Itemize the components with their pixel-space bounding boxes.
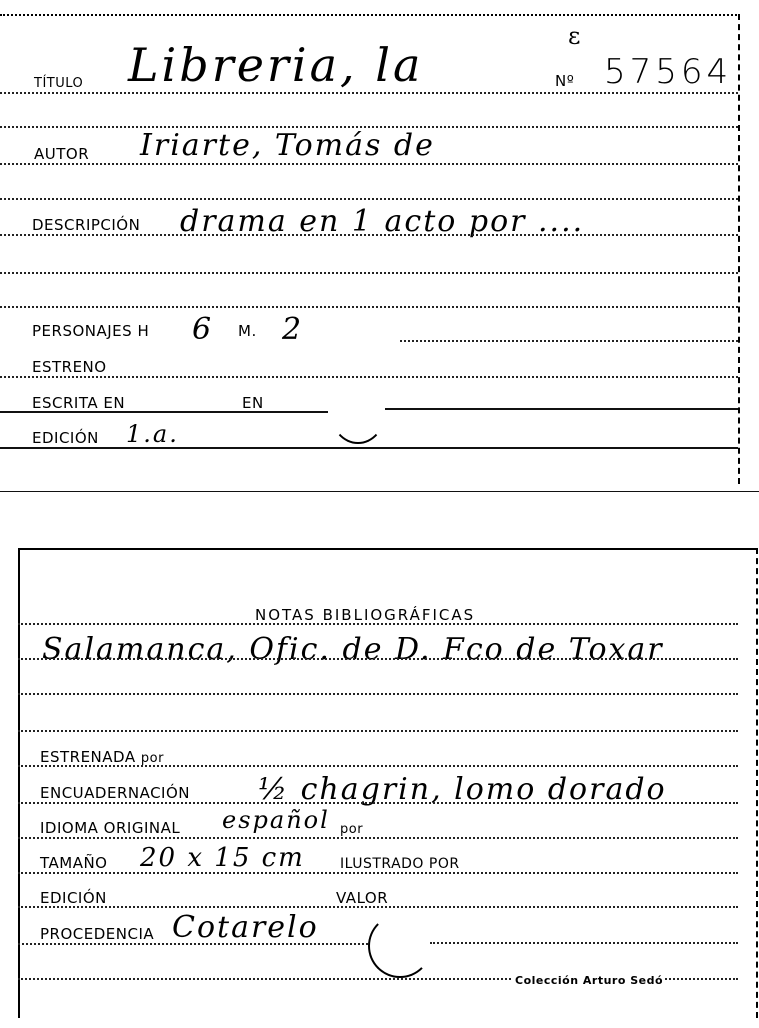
notas-rule-4 <box>18 730 738 732</box>
catalog-card-back: NOTAS BIBLIOGRÁFICAS Salamanca, Ofic. de… <box>0 540 759 1028</box>
estreno-rule <box>0 376 738 378</box>
autor-rule <box>0 163 738 165</box>
edicion-rule <box>0 447 738 449</box>
titulo-value: Libreria, la <box>128 38 423 92</box>
titulo-rule <box>0 92 738 94</box>
notas-value: Salamanca, Ofic. de D. Fco de Toxar <box>42 632 664 667</box>
collection-credit: Colección Arturo Sedó <box>513 974 665 987</box>
estrenada-rule <box>18 765 738 767</box>
encuadernacion-rule <box>18 802 738 804</box>
card-bottom-edge <box>0 491 759 492</box>
card-right-edge <box>756 548 758 1018</box>
edicion-value: 1.a. <box>126 420 179 448</box>
card-top-edge <box>0 14 740 16</box>
edicion-label: EDICIÓN <box>32 429 99 447</box>
estrenada-por-suffix: por <box>141 751 164 766</box>
estrenada-label: ESTRENADA por <box>40 748 164 766</box>
personajes-m-label: M. <box>238 322 257 340</box>
tamano-rule <box>18 872 738 874</box>
stamp-hole-mark <box>368 914 432 978</box>
autor-label: AUTOR <box>34 145 89 163</box>
estrenada-label-text: ESTRENADA <box>40 748 136 766</box>
personajes-h-value: 6 <box>192 312 213 347</box>
notas-bibliograficas-heading: NOTAS BIBLIOGRÁFICAS <box>255 606 475 624</box>
personajes-label: PERSONAJES H <box>32 322 149 340</box>
edicion-back-rule <box>18 906 738 908</box>
estreno-label: ESTRENO <box>32 358 107 376</box>
notas-rule-1 <box>18 623 738 625</box>
idioma-original-label: IDIOMA ORIGINAL <box>40 819 180 837</box>
personajes-upper-rule <box>0 306 738 308</box>
idioma-rule <box>18 837 738 839</box>
escrita-en-location-label: EN <box>242 394 264 412</box>
encuadernacion-label: ENCUADERNACIÓN <box>40 784 190 802</box>
card-left-edge <box>18 548 20 1018</box>
numero-prefix-mark: ε <box>568 22 580 50</box>
catalog-card-front: TÍTULO Libreria, la ε Nº 57564 AUTOR Iri… <box>0 0 759 495</box>
card-top-edge <box>18 548 756 550</box>
descripcion-upper-rule <box>0 198 738 200</box>
procedencia-value: Cotarelo <box>172 910 319 945</box>
descripcion-rule-2 <box>0 272 738 274</box>
escrita-en-rule <box>0 411 328 413</box>
descripcion-rule <box>0 234 738 236</box>
stamp-hole-mark <box>330 380 386 444</box>
procedencia-label: PROCEDENCIA <box>40 925 154 943</box>
valor-label: VALOR <box>336 889 388 907</box>
descripcion-label: DESCRIPCIÓN <box>32 216 140 234</box>
idioma-original-value: español <box>222 806 330 834</box>
procedencia-rule <box>18 943 368 945</box>
autor-value: Iriarte, Tomás de <box>140 128 435 163</box>
notas-rule-3 <box>18 693 738 695</box>
numero-value: 57564 <box>604 52 732 92</box>
personajes-rule <box>400 340 738 342</box>
card-right-edge <box>738 14 740 484</box>
notas-rule-2 <box>18 658 738 660</box>
procedencia-rule-right <box>430 942 738 944</box>
idioma-por-label: por <box>340 822 363 837</box>
numero-label: Nº <box>555 72 574 90</box>
titulo-label: TÍTULO <box>34 76 83 91</box>
edicion-back-label: EDICIÓN <box>40 889 107 907</box>
tamano-label: TAMAÑO <box>40 854 108 872</box>
personajes-m-value: 2 <box>282 312 303 347</box>
tamano-value: 20 x 15 cm <box>140 843 305 873</box>
escrita-en-label: ESCRITA EN <box>32 394 125 412</box>
ilustrado-por-label: ILUSTRADO POR <box>340 856 460 872</box>
escrita-en-rule-right <box>385 408 738 410</box>
